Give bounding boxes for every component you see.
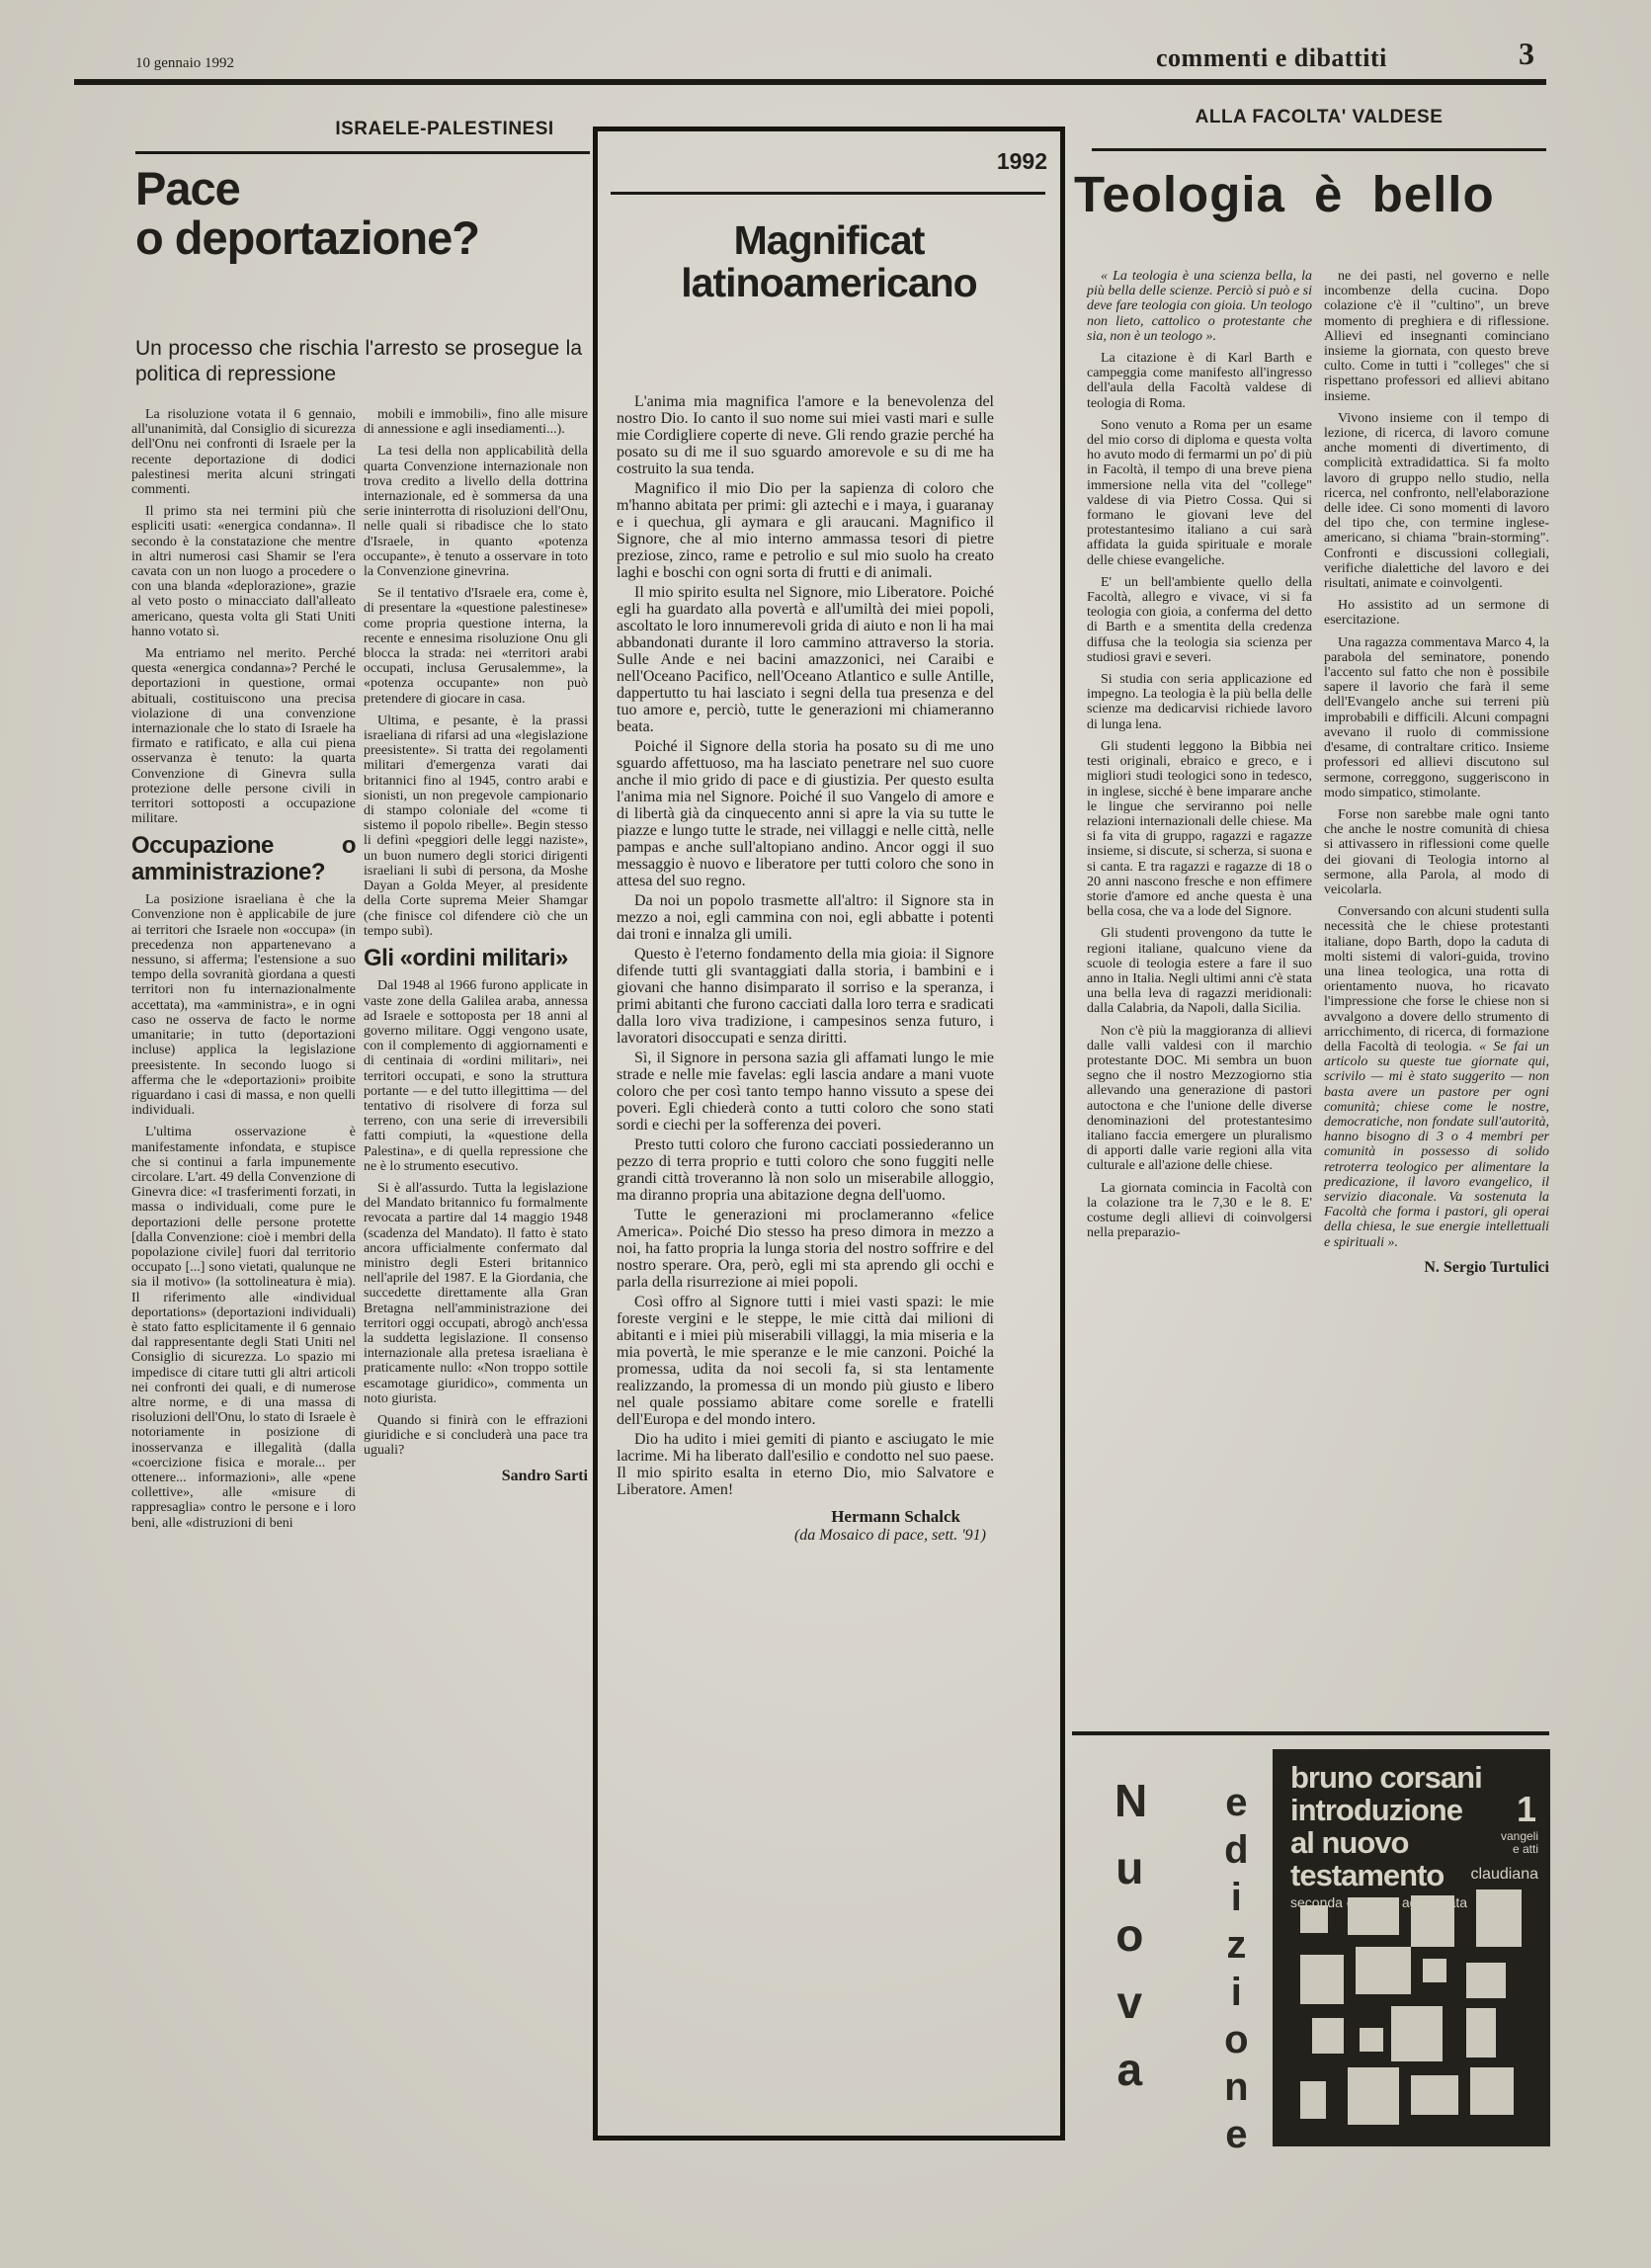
book-cover: bruno corsani introduzione al nuovo test…	[1273, 1749, 1550, 2146]
left-article-byline: Sandro Sarti	[364, 1469, 588, 1483]
center-year-label: 1992	[889, 148, 1047, 175]
book-title-line3: testamento	[1290, 1859, 1482, 1891]
paragraph: Non c'è più la maggioranza di allievi da…	[1087, 1024, 1312, 1174]
paragraph: ne dei pasti, nel governo e nelle incomb…	[1324, 269, 1549, 404]
center-year-rule	[611, 192, 1045, 195]
book-cover-text: bruno corsani introduzione al nuovo test…	[1290, 1761, 1482, 1910]
paragraph: mobili e immobili», fino alle misure di …	[364, 407, 588, 437]
left-article-headline: Pace o deportazione?	[135, 164, 590, 263]
right-article-column-2: ne dei pasti, nel governo e nelle incomb…	[1324, 269, 1549, 1722]
paragraph: Sono venuto a Roma per un esame del mio …	[1087, 418, 1312, 568]
paragraph: Dio ha udito i miei gemiti di pianto e a…	[617, 1431, 994, 1498]
paragraph: La tesi della non applicabilità della qu…	[364, 444, 588, 579]
paragraph: Dal 1948 al 1966 furono applicate in vas…	[364, 978, 588, 1174]
paragraph: Così offro al Signore tutti i miei vasti…	[617, 1294, 994, 1428]
right-article-column-1: « La teologia è una scienza bella, la pi…	[1087, 269, 1312, 1722]
ad-vertical-word-nuova: Nuova	[1114, 1767, 1145, 2103]
paragraph: Si studia con seria applicazione ed impe…	[1087, 672, 1312, 732]
newspaper-page: 10 gennaio 1992 commenti e dibattiti 3 I…	[0, 0, 1651, 2268]
paragraph: Tutte le generazioni mi proclameranno «f…	[617, 1207, 994, 1291]
left-article-deck: Un processo che rischia l'arresto se pro…	[135, 336, 582, 387]
right-article-byline: N. Sergio Turtulici	[1324, 1260, 1549, 1275]
paragraph: Questo è l'eterno fondamento della mia g…	[617, 946, 994, 1047]
paragraph: Presto tutti coloro che furono cacciati …	[617, 1136, 994, 1204]
paragraph: L'ultima osservazione è manifestamente i…	[131, 1125, 356, 1530]
left-article-kicker: ISRAELE-PALESTINESI	[296, 119, 593, 140]
closing-italic-quote: « Se fai un articolo su queste tue giorn…	[1324, 1040, 1549, 1250]
book-title-line1: introduzione	[1290, 1794, 1482, 1826]
right-kicker-rule	[1092, 148, 1546, 151]
left-subhead-ordini-militari: Gli «ordini militari»	[364, 946, 588, 971]
book-volume-label-line2: e atti	[1501, 1843, 1538, 1856]
paragraph: Gli studenti provengono da tutte le regi…	[1087, 926, 1312, 1016]
paragraph: La giornata comincia in Facoltà con la c…	[1087, 1181, 1312, 1241]
book-author: bruno corsani	[1290, 1761, 1482, 1794]
paragraph: Ma entriamo nel merito. Perché questa «e…	[131, 646, 356, 826]
left-headline-line1: Pace	[135, 164, 590, 213]
paragraph: Vivono insieme con il tempo di lezione, …	[1324, 411, 1549, 591]
book-title-line2: al nuovo	[1290, 1826, 1482, 1859]
ad-vertical-word-edizione: edizione	[1223, 1779, 1250, 2158]
paragraph: Magnifico il mio Dio per la sapienza di …	[617, 480, 994, 581]
paragraph: Sì, il Signore in persona sazia gli affa…	[617, 1050, 994, 1134]
left-kicker-rule	[135, 151, 590, 154]
center-article-body: L'anima mia magnifica l'amore e la benev…	[617, 393, 994, 2073]
paragraph: Una ragazza commentava Marco 4, la parab…	[1324, 635, 1549, 800]
paragraph: Gli studenti leggono la Bibbia nei testi…	[1087, 739, 1312, 919]
paragraph: Si è all'assurdo. Tutta la legislazione …	[364, 1181, 588, 1406]
page-number: 3	[1519, 36, 1534, 72]
left-headline-line2: o deportazione?	[135, 213, 590, 263]
closing-roman: Conversando con alcuni studenti sulla ne…	[1324, 904, 1549, 1054]
center-headline-line2: latinoamericano	[611, 262, 1047, 304]
right-article-headline: Teologia è bello	[1074, 168, 1546, 221]
paragraph: Il primo sta nei termini più che esplici…	[131, 504, 356, 639]
left-article-column-2: mobili e immobili», fino alle misure di …	[364, 407, 588, 2146]
paragraph: Ultima, e pesante, è la prassi israelian…	[364, 714, 588, 939]
closing-paragraph: Conversando con alcuni studenti sulla ne…	[1324, 904, 1549, 1250]
center-article-headline: Magnificat latinoamericano	[611, 219, 1047, 305]
paragraph: Se il tentativo d'Israele era, come è, d…	[364, 586, 588, 707]
center-headline-line1: Magnificat	[611, 219, 1047, 262]
barth-quote: « La teologia è una scienza bella, la pi…	[1087, 269, 1312, 344]
left-subhead-occupazione: Occupazione o amministrazione?	[131, 833, 356, 885]
book-volume-number: 1	[1517, 1789, 1536, 1830]
paragraph: La risoluzione votata il 6 gennaio, all'…	[131, 407, 356, 497]
paragraph: Ho assistito ad un sermone di esercitazi…	[1324, 598, 1549, 628]
paragraph: Il mio spirito esulta nel Signore, mio L…	[617, 584, 994, 735]
paragraph: Quando si finirà con le effrazioni giuri…	[364, 1413, 588, 1459]
section-title: commenti e dibattiti	[1156, 43, 1387, 73]
book-volume-label: vangeli e atti	[1501, 1830, 1538, 1856]
paragraph: L'anima mia magnifica l'amore e la benev…	[617, 393, 994, 477]
paragraph: Forse non sarebbe male ogni tanto che an…	[1324, 807, 1549, 897]
issue-date: 10 gennaio 1992	[135, 55, 234, 72]
paragraph: La posizione israeliana è che la Convenz…	[131, 892, 356, 1118]
book-publisher: claudiana	[1471, 1866, 1539, 1884]
paragraph: Da noi un popolo trasmette all'altro: il…	[617, 892, 994, 943]
paragraph: La citazione è di Karl Barth e campeggia…	[1087, 351, 1312, 411]
center-article-source: (da Mosaico di pace, sett. '91)	[617, 1527, 994, 1544]
paragraph: Poiché il Signore della storia ha posato…	[617, 738, 994, 889]
paragraph: E' un bell'ambiente quello della Facoltà…	[1087, 575, 1312, 665]
header-rule	[74, 79, 1546, 85]
left-article-column-1: La risoluzione votata il 6 gennaio, all'…	[131, 407, 356, 2146]
center-article-byline: Hermann Schalck	[617, 1508, 994, 1525]
right-article-bottom-rule	[1072, 1731, 1549, 1735]
right-article-kicker: ALLA FACOLTA' VALDESE	[1092, 107, 1546, 128]
